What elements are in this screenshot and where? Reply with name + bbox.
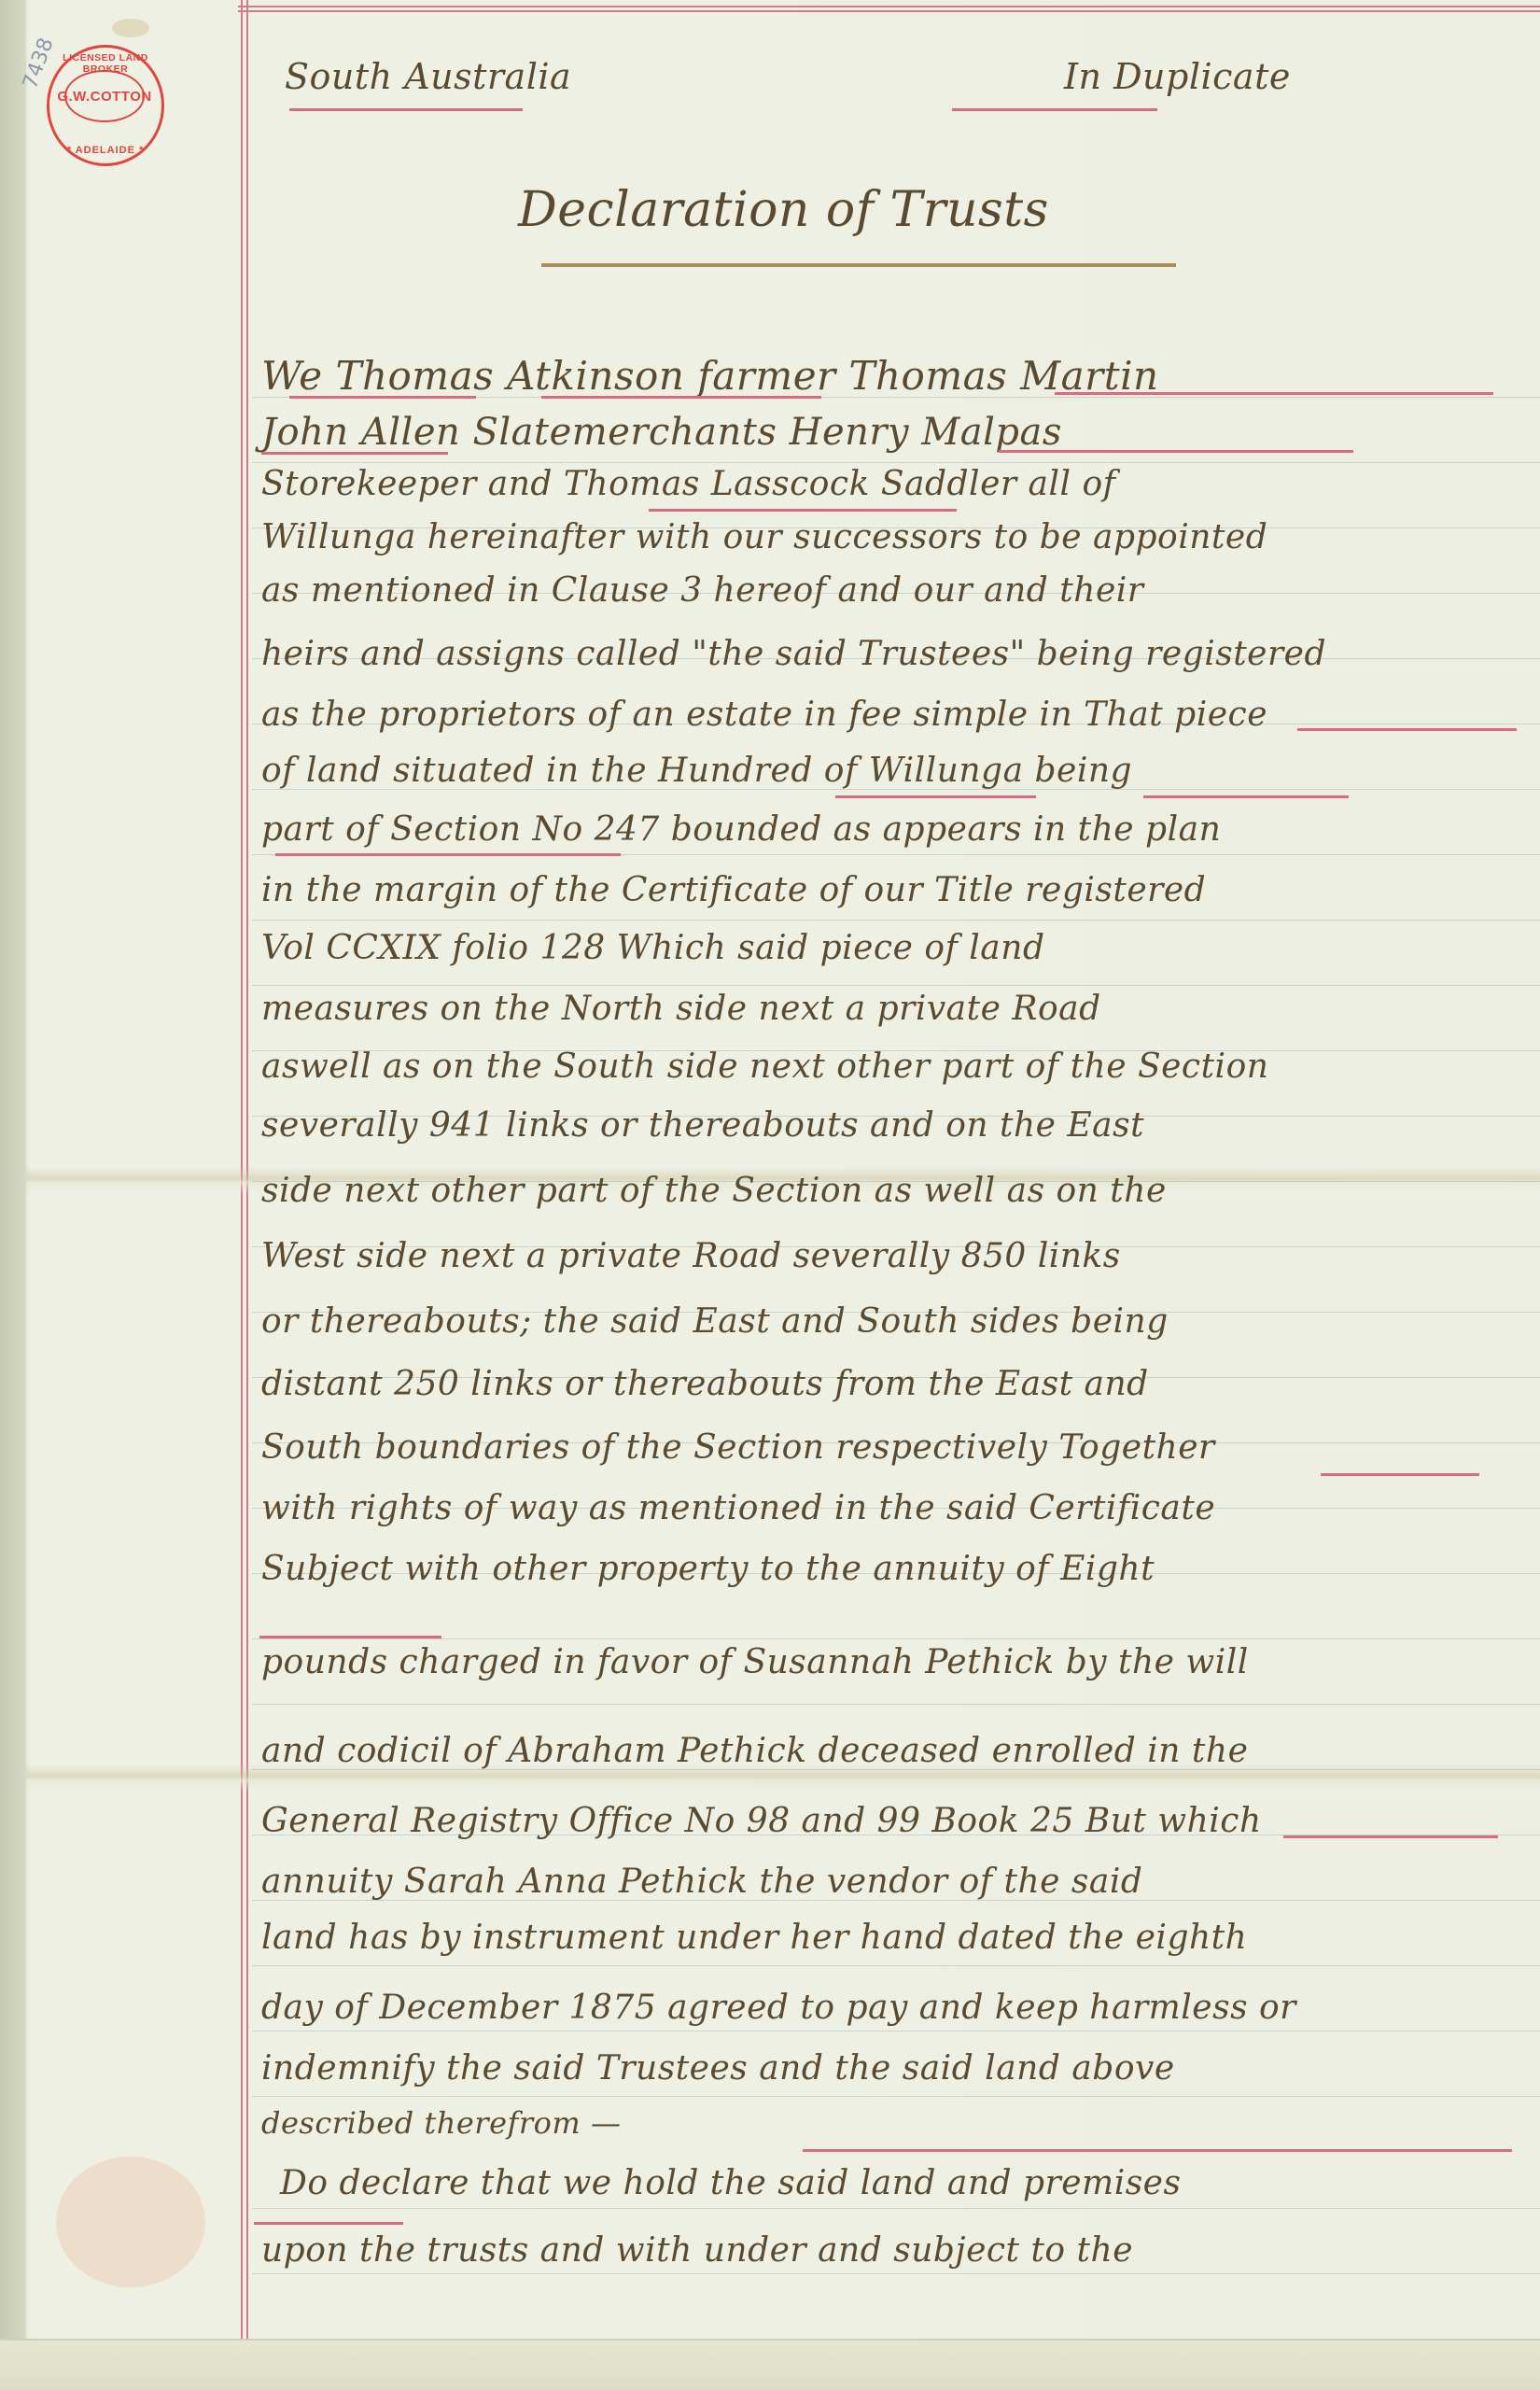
top-rule — [238, 6, 1540, 7]
broker-stamp: LICENSED LAND BROKER G.W.COTTON * ADELAI… — [47, 45, 164, 166]
closing-rule — [803, 2149, 1512, 2152]
body-line: West side next a private Road severally … — [261, 1237, 1121, 1275]
body-line: Vol CCXIX folio 128 Which said piece of … — [261, 929, 1045, 967]
faded-stamp-stain — [56, 2157, 205, 2287]
body-line: aswell as on the South side next other p… — [261, 1047, 1268, 1086]
ruled-line — [252, 920, 1540, 921]
ruled-line — [252, 1704, 1540, 1705]
body-line: Subject with other property to the annui… — [261, 1550, 1155, 1588]
underline — [275, 853, 350, 856]
underline — [350, 853, 621, 856]
duplicate-heading: In Duplicate — [1064, 56, 1291, 97]
underline — [1297, 728, 1517, 731]
underline — [1283, 1835, 1498, 1838]
body-line: part of Section No 247 bounded as appear… — [261, 810, 1221, 849]
body-line: of land situated in the Hundred of Willu… — [261, 752, 1132, 790]
name-underline — [541, 396, 821, 399]
body-line: land has by instrument under her hand da… — [261, 1919, 1247, 1957]
body-line: We Thomas Atkinson farmer Thomas Martin — [261, 353, 1159, 399]
top-rule-2 — [238, 10, 1540, 12]
body-line: annuity Sarah Anna Pethick the vendor of… — [261, 1863, 1142, 1901]
body-line: upon the trusts and with under and subje… — [261, 2231, 1133, 2270]
underline — [254, 2222, 403, 2225]
ruled-line — [252, 2096, 1540, 2097]
body-line: Willunga hereinafter with our successors… — [261, 518, 1267, 556]
body-line: South boundaries of the Section respecti… — [261, 1428, 1215, 1467]
body-line: pounds charged in favor of Susannah Peth… — [261, 1643, 1249, 1681]
bottom-edge — [0, 2339, 1540, 2390]
underline — [1143, 795, 1349, 798]
body-line: described therefrom — — [261, 2105, 621, 2141]
body-line: in the margin of the Certificate of our … — [261, 871, 1206, 909]
underline — [259, 1636, 441, 1638]
name-underline — [999, 450, 1353, 453]
ruled-line — [252, 2208, 1540, 2209]
binding-strip — [0, 0, 26, 2390]
body-line: as the proprietors of an estate in fee s… — [261, 696, 1267, 734]
underline — [835, 795, 1036, 798]
body-line: John Allen Slatemerchants Henry Malpas — [261, 411, 1062, 454]
body-line: and codicil of Abraham Pethick deceased … — [261, 1732, 1248, 1770]
ruled-line — [252, 462, 1540, 463]
name-underline — [649, 509, 957, 512]
stamp-center-text: G.W.COTTON — [64, 70, 145, 122]
ruled-line — [252, 985, 1540, 986]
paper-stain — [112, 19, 149, 37]
body-line: indemnify the said Trustees and the said… — [261, 2049, 1175, 2088]
body-line: heirs and assigns called "the said Trust… — [261, 635, 1326, 673]
body-line: severally 941 links or thereabouts and o… — [261, 1106, 1144, 1145]
underline — [289, 108, 523, 111]
ruled-line — [252, 1965, 1540, 1966]
document-page: 7438 LICENSED LAND BROKER G.W.COTTON * A… — [0, 0, 1540, 2390]
body-line: side next other part of the Section as w… — [261, 1172, 1167, 1210]
body-line: distant 250 links or thereabouts from th… — [261, 1365, 1149, 1403]
ruled-line — [252, 1638, 1540, 1639]
body-line: measures on the North side next a privat… — [261, 990, 1101, 1028]
body-line: with rights of way as mentioned in the s… — [261, 1489, 1215, 1527]
body-line: Do declare that we hold the said land an… — [280, 2164, 1181, 2202]
document-title: Declaration of Trusts — [518, 182, 1049, 238]
jurisdiction-heading: South Australia — [285, 56, 571, 97]
stamp-bottom-text: * ADELAIDE * — [49, 145, 161, 156]
body-line: day of December 1875 agreed to pay and k… — [261, 1989, 1296, 2027]
ruled-line — [252, 2031, 1540, 2031]
body-line: Storekeeper and Thomas Lasscock Saddler … — [261, 465, 1115, 503]
name-underline — [289, 396, 476, 399]
body-line: or thereabouts; the said East and South … — [261, 1302, 1169, 1341]
body-line: General Registry Office No 98 and 99 Boo… — [261, 1802, 1262, 1840]
underline — [1321, 1473, 1479, 1476]
title-underline — [541, 263, 1176, 267]
body-line: as mentioned in Clause 3 hereof and our … — [261, 571, 1143, 610]
name-underline — [261, 452, 448, 455]
name-underline — [1055, 392, 1493, 395]
ruled-line — [252, 2273, 1540, 2274]
underline — [952, 108, 1157, 111]
